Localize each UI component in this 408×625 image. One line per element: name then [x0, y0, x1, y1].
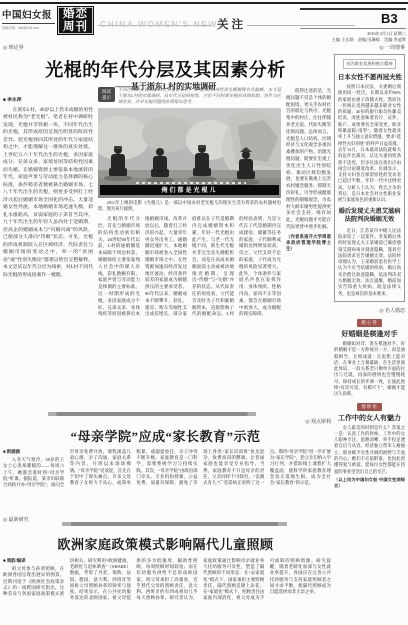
top-rule — [0, 2, 408, 4]
newspaper-page: 中国妇女报 投稿信箱：hlzk@163.com 婚恋 周刊 CHINA WOME… — [0, 0, 408, 625]
celebrity-section-label: ◎ 名人婚恋 — [334, 307, 405, 314]
article3-section-label: ◎ 最新研究 — [3, 516, 29, 523]
paper-name: 中国妇女报 — [2, 7, 55, 21]
sidebar-news-box: 因为职业发展和独立精神 日本女性不愿再冠夫姓 按照日本民法，夫妻婚后须使用同一姓… — [334, 54, 405, 302]
sidebar: ◎ 一周情事 因为职业发展和独立精神 日本女性不愿再冠夫姓 按照日本民法，夫妻婚… — [334, 44, 405, 489]
article3-section-label-text: 最新研究 — [9, 518, 29, 523]
weekly-logo-line1: 婚恋 — [63, 8, 88, 21]
sidebar-item2-title-line1: 婚后发现丈夫患艾滋病 — [339, 208, 401, 215]
sidebar-item4-tag: 情妙语 — [357, 403, 382, 411]
article3-title: 欧洲家庭政策模式影响隔代儿童照顾 — [0, 534, 331, 553]
article1-body-text: 光棍的年代分层，首先与婚姻市场的结构变动密切相关。20世纪80年代以前，L村的通… — [98, 216, 281, 318]
article1-photo: 俺们都是光棍儿 — [98, 108, 281, 198]
section-bullet-icon: ◎ — [305, 420, 309, 425]
section-name: 关注 — [217, 16, 246, 32]
article2-byline: ■ 斯涵涵 — [3, 449, 64, 455]
sidebar-item2-title: 婚后发现丈夫患艾滋病 法院判决婚姻无效 — [338, 208, 401, 225]
article2-section-label: ◎ 观点犀利 — [200, 418, 331, 425]
article3-byline: ■ 周韵/编译 — [3, 558, 64, 564]
page-number: B3 — [381, 11, 398, 26]
sidebar-item1-body: 按照日本民法，夫妻婚后须使用同一姓氏，长期以来约96%的家庭由妻子改随夫姓。然而… — [338, 84, 401, 204]
article1-byline: ■ 李永萍 — [3, 97, 93, 105]
photo-image — [98, 108, 281, 198]
photo-caption: 2011年上映的电影《光棍儿》是一部以中国农村老光棍儿的现实生活为背景的农村题材… — [98, 200, 281, 212]
masthead-rule — [2, 23, 55, 24]
issue-date: 2016年3月1日 星期二 — [367, 31, 406, 37]
article1-left-text: 在浙东L村，40岁以上仍未成婚的男性被村民称为“老光棍”。笔者在村中调研时发现，… — [3, 107, 93, 280]
sidebar-item1-title: 日本女性不愿再冠夫姓 — [338, 72, 401, 81]
sidebar-item2-title-line2: 法院判决婚姻无效 — [345, 216, 395, 223]
article1-section-label-text: 理论界 — [9, 46, 24, 51]
reading-tip-badge: 阅读 提示 — [98, 87, 115, 102]
article2-divider — [48, 412, 256, 416]
sidebar-item4-body: 女人最美的时刻是什么？答案之一是：认真工作的时候。工作中的女人眼神专注、思路清晰… — [334, 425, 405, 475]
english-name: CHINA WOMEN'S NEWS — [100, 19, 225, 29]
celebrity-section-label-text: 名人婚恋 — [385, 309, 405, 314]
weekly-logo-line2: 周刊 — [63, 21, 88, 34]
masthead: 中国妇女报 投稿信箱：hlzk@163.com — [2, 7, 55, 30]
article2-body-columns: ■ 斯涵涵 入冬天气寒冷，38岁的王女士心里却暖暖的——每周六上午，她都会准时到… — [3, 449, 331, 512]
section-bullet-icon: ◎ — [3, 46, 7, 51]
sidebar-item4-title: 工作中的女人有魅力 — [334, 413, 405, 423]
reading-tip-line2: 提示 — [102, 95, 111, 101]
sidebar-item3-body: 婚姻如对弈，贵在棋逢对手。好的婚姻不是一方仰视另一方，而是旗鼓相当、互相成就：在… — [334, 341, 405, 398]
sidebar-item3-title: 好婚姻是棋逢对手 — [334, 329, 405, 339]
section-bullet-icon: ◎ — [379, 309, 383, 314]
article3-divider — [62, 522, 287, 526]
sidebar-source-note: （以上均为中国妇女报·中国女性网综合） — [334, 477, 405, 489]
photo-title-bar: 俺们都是光棍儿 — [100, 185, 279, 195]
article1-author-note: （作者系南开大学周恩来政府管理学院博士生） — [286, 234, 331, 252]
article1-body-columns: 光棍的年代分层，首先与婚姻市场的结构变动密切相关。20世纪80年代以前，L村的通… — [98, 216, 281, 368]
article2-title: “母亲学院”应成“家长教育”示范 — [0, 426, 331, 445]
article3-body-text: 祖父母参与孙辈照顾，在欧洲各国呈现出迥异的图景。近期刊发于《欧洲社会政策杂志》的… — [3, 558, 331, 601]
header-line-right — [247, 25, 355, 26]
header-right-rule — [300, 8, 406, 10]
sidebar-section-label-text: 一周情事 — [385, 46, 405, 51]
reading-tip-text: 不同区域的光棍现象具有多重复杂性，单纯以贫困或性别失衡解释有失偏颇。本文基于浙东… — [118, 87, 281, 105]
article1-center-block: 阅读 提示 不同区域的光棍现象具有多重复杂性，单纯以贫困或性别失衡解释有失偏颇。… — [98, 87, 281, 368]
editors-line: 主编 王长路 责编 田珊檑 美编 李凌霄 — [332, 37, 406, 43]
weekly-logo: 婚恋 周刊 — [57, 6, 94, 35]
sidebar-item3-tag: 婚心得 — [357, 319, 382, 327]
article1-title: 光棍的年代分层及其因素分析 — [0, 56, 331, 82]
article1-right-text: 值得注意的是，光棍问题不仅是个体的婚配困境，更关乎农村社会的稳定与秩序。光棍集中… — [286, 88, 331, 231]
article3-body-columns: ■ 周韵/编译 祖父母参与孙辈照顾，在欧洲各国呈现出迥异的图景。近期刊发于《欧洲… — [3, 558, 331, 622]
photo-credit-line — [136, 182, 246, 184]
masthead-contact: 投稿信箱：hlzk@163.com — [2, 25, 55, 30]
section-bullet-icon: ◎ — [3, 518, 7, 523]
article1-left-column: ■ 李永萍 在浙东L村，40岁以上仍未成婚的男性被村民称为“老光棍”。笔者在村中… — [3, 97, 93, 395]
article1-right-column: 值得注意的是，光棍问题不仅是个体的婚配困境，更关乎农村社会的稳定与秩序。光棍集中… — [286, 88, 331, 396]
reading-tip: 阅读 提示 不同区域的光棍现象具有多重复杂性，单纯以贫困或性别失衡解释有失偏颇。… — [98, 87, 281, 105]
sidebar-item1-kicker: 因为职业发展和独立精神 — [343, 59, 395, 69]
article2-section-label-text: 观点犀利 — [311, 420, 331, 425]
sidebar-section-label: ◎ 一周情事 — [334, 44, 405, 51]
header-right-thin-rule — [300, 28, 406, 29]
article1-section-label: ◎ 理论界 — [3, 44, 24, 51]
section-bullet-icon: ◎ — [379, 46, 383, 51]
sidebar-item2-body: 近日，江苏某市中级人民法院审结了一起案件。李某婚后体检时发现丈夫王某婚前已确诊感… — [338, 228, 401, 297]
